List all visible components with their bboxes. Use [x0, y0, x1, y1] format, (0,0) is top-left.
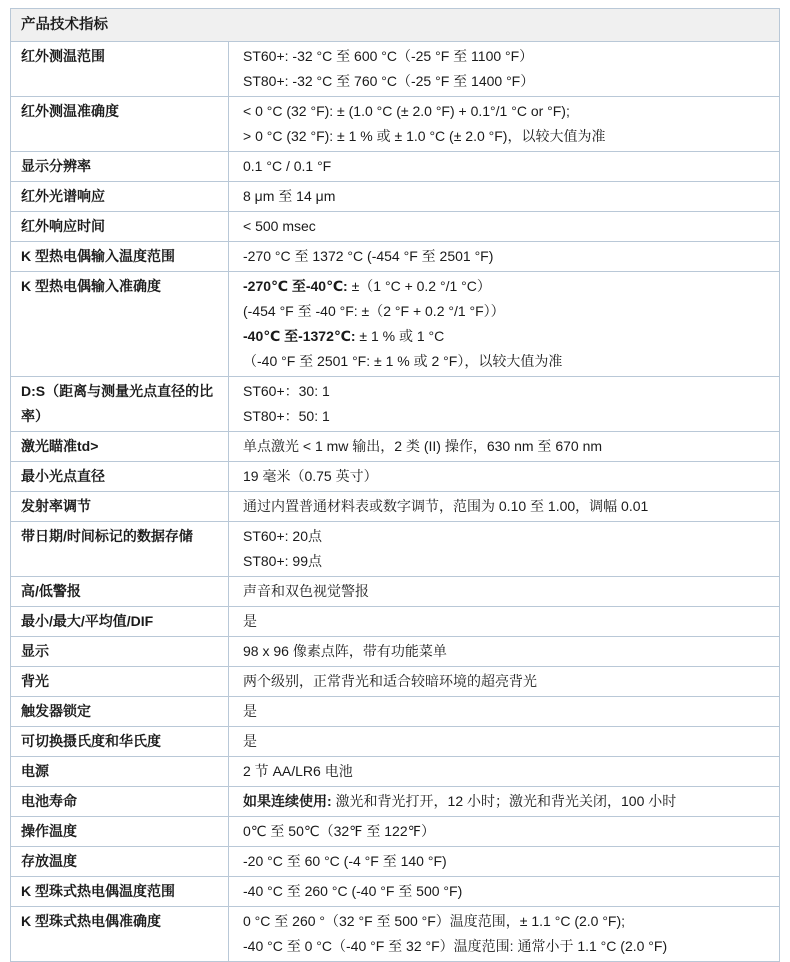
spec-label: 显示分辨率 [11, 152, 229, 182]
table-title: 产品技术指标 [11, 9, 780, 42]
spec-value-line: 如果连续使用: 激光和背光打开，12 小时；激光和背光关闭，100 小时 [243, 789, 767, 814]
spec-value: 如果连续使用: 激光和背光打开，12 小时；激光和背光关闭，100 小时 [229, 787, 780, 817]
spec-label: 可切换摄氏度和华氏度 [11, 727, 229, 757]
spec-value-line: 是 [243, 609, 767, 634]
spec-value-line: -270 °C 至 1372 °C (-454 °F 至 2501 °F) [243, 244, 767, 269]
spec-value-line: 0.1 °C / 0.1 °F [243, 154, 767, 179]
spec-value-line: ST60+: 20点 [243, 524, 767, 549]
spec-label: 发射率调节 [11, 492, 229, 522]
spec-value-line: 单点激光 < 1 mw 输出，2 类 (II) 操作，630 nm 至 670 … [243, 434, 767, 459]
spec-value-line: 19 毫米（0.75 英寸） [243, 464, 767, 489]
spec-value-line: (-454 °F 至 -40 °F: ±（2 °F + 0.2 °/1 °F）） [243, 299, 767, 324]
spec-value: < 0 °C (32 °F): ± (1.0 °C (± 2.0 °F) + 0… [229, 97, 780, 152]
spec-label: K 型热电偶输入温度范围 [11, 242, 229, 272]
table-row: K 型珠式热电偶准确度0 °C 至 260 °（32 °F 至 500 °F）温… [11, 907, 780, 962]
spec-label: 最小光点直径 [11, 462, 229, 492]
spec-value-line: ST60+: -32 °C 至 600 °C（-25 °F 至 1100 °F） [243, 44, 767, 69]
table-row: 触发器锁定是 [11, 697, 780, 727]
spec-table: 产品技术指标 红外测温范围ST60+: -32 °C 至 600 °C（-25 … [10, 8, 780, 962]
spec-value-line: ST80+: -32 °C 至 760 °C（-25 °F 至 1400 °F） [243, 69, 767, 94]
spec-value: 19 毫米（0.75 英寸） [229, 462, 780, 492]
spec-label: 显示 [11, 637, 229, 667]
spec-value: 两个级别，正常背光和适合较暗环境的超亮背光 [229, 667, 780, 697]
spec-value: -20 °C 至 60 °C (-4 °F 至 140 °F) [229, 847, 780, 877]
spec-value-line: 0℃ 至 50℃（32℉ 至 122℉） [243, 819, 767, 844]
spec-value: 0.1 °C / 0.1 °F [229, 152, 780, 182]
table-row: 电源2 节 AA/LR6 电池 [11, 757, 780, 787]
spec-label: 红外测温范围 [11, 42, 229, 97]
table-row: 高/低警报声音和双色视觉警报 [11, 577, 780, 607]
spec-label: 电源 [11, 757, 229, 787]
table-row: 显示分辨率0.1 °C / 0.1 °F [11, 152, 780, 182]
spec-label: 存放温度 [11, 847, 229, 877]
spec-label: 高/低警报 [11, 577, 229, 607]
table-row: 激光瞄准td>单点激光 < 1 mw 输出，2 类 (II) 操作，630 nm… [11, 432, 780, 462]
spec-value-line: ST80+：50: 1 [243, 404, 767, 429]
spec-value-line: -270℃ 至-40℃: ±（1 °C + 0.2 °/1 °C） [243, 274, 767, 299]
spec-value: < 500 msec [229, 212, 780, 242]
spec-sheet: 产品技术指标 红外测温范围ST60+: -32 °C 至 600 °C（-25 … [0, 0, 790, 962]
spec-label: 电池寿命 [11, 787, 229, 817]
table-row: 操作温度0℃ 至 50℃（32℉ 至 122℉） [11, 817, 780, 847]
spec-value: 98 x 96 像素点阵，带有功能菜单 [229, 637, 780, 667]
table-row: 红外测温范围ST60+: -32 °C 至 600 °C（-25 °F 至 11… [11, 42, 780, 97]
spec-value-line: 是 [243, 729, 767, 754]
table-row: 存放温度-20 °C 至 60 °C (-4 °F 至 140 °F) [11, 847, 780, 877]
table-row: 背光两个级别，正常背光和适合较暗环境的超亮背光 [11, 667, 780, 697]
table-row: 电池寿命如果连续使用: 激光和背光打开，12 小时；激光和背光关闭，100 小时 [11, 787, 780, 817]
spec-value-line: 8 μm 至 14 μm [243, 184, 767, 209]
spec-value-line: 声音和双色视觉警报 [243, 579, 767, 604]
table-row: 红外测温准确度< 0 °C (32 °F): ± (1.0 °C (± 2.0 … [11, 97, 780, 152]
spec-value-line: -20 °C 至 60 °C (-4 °F 至 140 °F) [243, 849, 767, 874]
table-row: 红外响应时间< 500 msec [11, 212, 780, 242]
spec-value-line: > 0 °C (32 °F): ± 1 % 或 ± 1.0 °C (± 2.0 … [243, 124, 767, 149]
table-row: K 型珠式热电偶温度范围-40 °C 至 260 °C (-40 °F 至 50… [11, 877, 780, 907]
spec-value-line: -40 °C 至 0 °C（-40 °F 至 32 °F）温度范围: 通常小于 … [243, 934, 767, 959]
spec-value-line: 0 °C 至 260 °（32 °F 至 500 °F）温度范围，± 1.1 °… [243, 909, 767, 934]
spec-table-body: 红外测温范围ST60+: -32 °C 至 600 °C（-25 °F 至 11… [11, 42, 780, 962]
spec-label: K 型珠式热电偶温度范围 [11, 877, 229, 907]
spec-label: 红外测温准确度 [11, 97, 229, 152]
spec-value-line: -40℃ 至-1372℃: ± 1 % 或 1 °C [243, 324, 767, 349]
spec-value: ST60+：30: 1ST80+：50: 1 [229, 377, 780, 432]
spec-label: 激光瞄准td> [11, 432, 229, 462]
spec-value: 单点激光 < 1 mw 输出，2 类 (II) 操作，630 nm 至 670 … [229, 432, 780, 462]
table-row: K 型热电偶输入准确度-270℃ 至-40℃: ±（1 °C + 0.2 °/1… [11, 272, 780, 377]
table-row: 带日期/时间标记的数据存储ST60+: 20点ST80+: 99点 [11, 522, 780, 577]
table-row: 最小光点直径19 毫米（0.75 英寸） [11, 462, 780, 492]
spec-value: 0 °C 至 260 °（32 °F 至 500 °F）温度范围，± 1.1 °… [229, 907, 780, 962]
spec-value-line: 通过内置普通材料表或数字调节，范围为 0.10 至 1.00，调幅 0.01 [243, 494, 767, 519]
table-row: 显示98 x 96 像素点阵，带有功能菜单 [11, 637, 780, 667]
spec-value: -270 °C 至 1372 °C (-454 °F 至 2501 °F) [229, 242, 780, 272]
spec-value-line: ST80+: 99点 [243, 549, 767, 574]
table-row: D:S（距离与测量光点直径的比率）ST60+：30: 1ST80+：50: 1 [11, 377, 780, 432]
spec-value-line: 2 节 AA/LR6 电池 [243, 759, 767, 784]
spec-value-line: < 0 °C (32 °F): ± (1.0 °C (± 2.0 °F) + 0… [243, 99, 767, 124]
spec-label: 最小/最大/平均值/DIF [11, 607, 229, 637]
spec-label: D:S（距离与测量光点直径的比率） [11, 377, 229, 432]
spec-value: -270℃ 至-40℃: ±（1 °C + 0.2 °/1 °C）(-454 °… [229, 272, 780, 377]
spec-label: 红外光谱响应 [11, 182, 229, 212]
spec-value-line: < 500 msec [243, 214, 767, 239]
spec-value: 是 [229, 607, 780, 637]
table-header-row: 产品技术指标 [11, 9, 780, 42]
table-row: K 型热电偶输入温度范围-270 °C 至 1372 °C (-454 °F 至… [11, 242, 780, 272]
spec-value: 通过内置普通材料表或数字调节，范围为 0.10 至 1.00，调幅 0.01 [229, 492, 780, 522]
spec-label: 红外响应时间 [11, 212, 229, 242]
spec-label: K 型热电偶输入准确度 [11, 272, 229, 377]
table-row: 红外光谱响应8 μm 至 14 μm [11, 182, 780, 212]
spec-value-line: （-40 °F 至 2501 °F: ± 1 % 或 2 °F），以较大值为准 [243, 349, 767, 374]
spec-value-line: ST60+：30: 1 [243, 379, 767, 404]
table-row: 最小/最大/平均值/DIF是 [11, 607, 780, 637]
spec-value: ST60+: -32 °C 至 600 °C（-25 °F 至 1100 °F）… [229, 42, 780, 97]
table-row: 发射率调节通过内置普通材料表或数字调节，范围为 0.10 至 1.00，调幅 0… [11, 492, 780, 522]
spec-value: 是 [229, 727, 780, 757]
spec-value: ST60+: 20点ST80+: 99点 [229, 522, 780, 577]
spec-value: 8 μm 至 14 μm [229, 182, 780, 212]
table-row: 可切换摄氏度和华氏度是 [11, 727, 780, 757]
spec-value-line: 是 [243, 699, 767, 724]
spec-label: 操作温度 [11, 817, 229, 847]
spec-label: 带日期/时间标记的数据存储 [11, 522, 229, 577]
spec-value: 是 [229, 697, 780, 727]
spec-value: 0℃ 至 50℃（32℉ 至 122℉） [229, 817, 780, 847]
spec-value: -40 °C 至 260 °C (-40 °F 至 500 °F) [229, 877, 780, 907]
spec-value: 2 节 AA/LR6 电池 [229, 757, 780, 787]
spec-label: K 型珠式热电偶准确度 [11, 907, 229, 962]
spec-value-line: 98 x 96 像素点阵，带有功能菜单 [243, 639, 767, 664]
spec-value-line: -40 °C 至 260 °C (-40 °F 至 500 °F) [243, 879, 767, 904]
spec-value: 声音和双色视觉警报 [229, 577, 780, 607]
spec-label: 背光 [11, 667, 229, 697]
spec-label: 触发器锁定 [11, 697, 229, 727]
spec-value-line: 两个级别，正常背光和适合较暗环境的超亮背光 [243, 669, 767, 694]
